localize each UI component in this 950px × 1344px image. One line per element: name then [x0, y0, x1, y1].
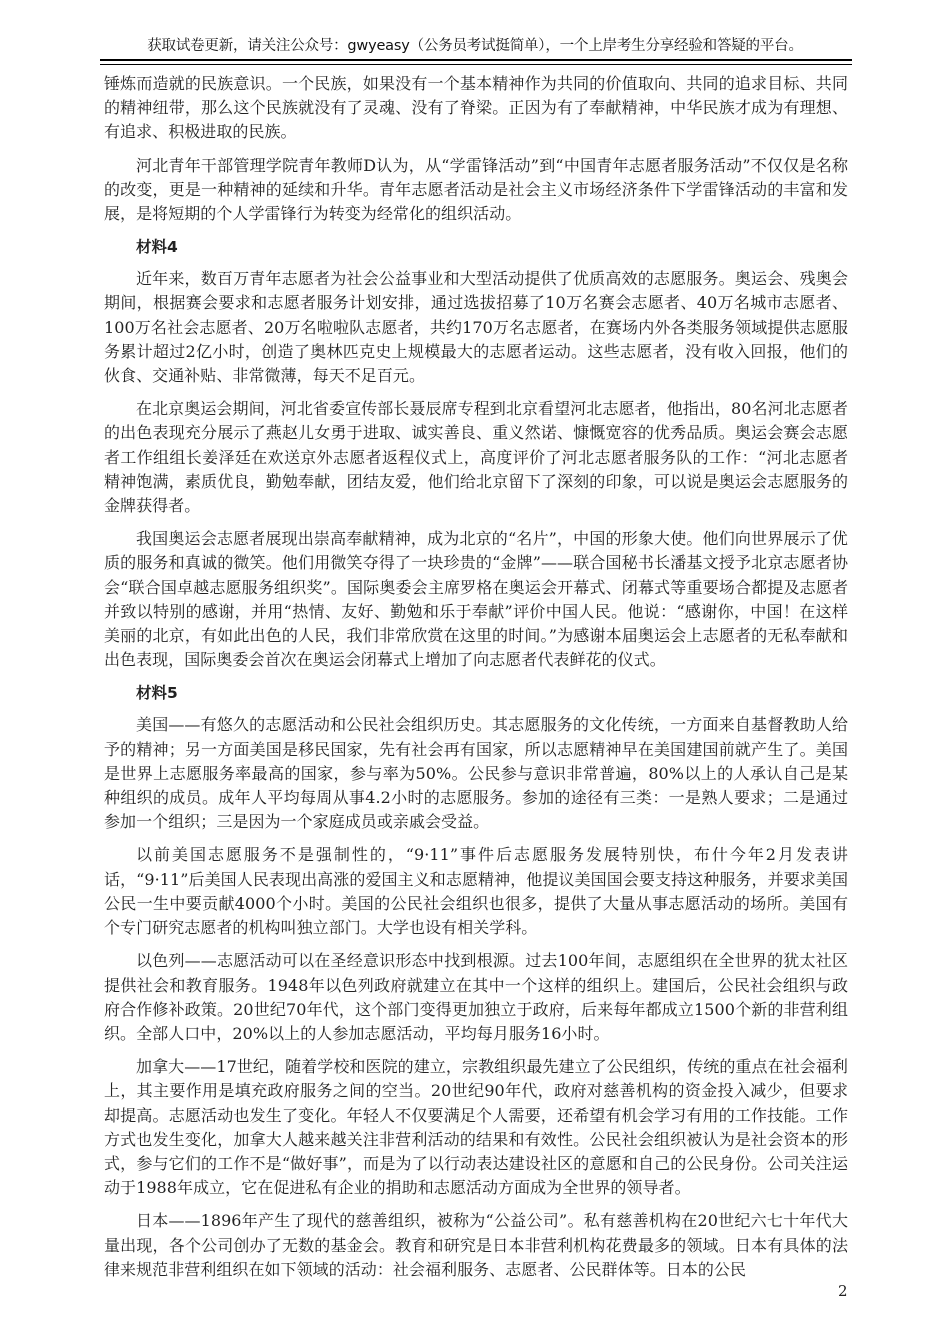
page-header: 获取试卷更新，请关注公众号：gwyeasy（公务员考试挺简单），一个上岸考生分享…: [100, 36, 850, 56]
paragraph: 我国奥运会志愿者展现出崇高奉献精神，成为北京的“名片”，中国的形象大使。他们向世…: [104, 527, 848, 672]
page-number: 2: [838, 1282, 848, 1300]
header-rule-thin: [100, 64, 852, 65]
paragraph-usa: 美国——有悠久的志愿活动和公民社会组织历史。其志愿服务的文化传统，一方面来自基督…: [104, 713, 848, 834]
section-title-material-5: 材料5: [104, 681, 848, 705]
section-title-material-4: 材料4: [104, 235, 848, 259]
paragraph: 在北京奥运会期间，河北省委宣传部长聂辰席专程到北京看望河北志愿者，他指出，80名…: [104, 397, 848, 518]
paragraph-israel: 以色列——志愿活动可以在圣经意识形态中找到根源。过去100年间，志愿组织在全世界…: [104, 949, 848, 1046]
paragraph: 近年来，数百万青年志愿者为社会公益事业和大型活动提供了优质高效的志愿服务。奥运会…: [104, 267, 848, 388]
paragraph-japan: 日本——1896年产生了现代的慈善组织，被称为“公益公司”。私有慈善机构在20世…: [104, 1209, 848, 1282]
paragraph-canada: 加拿大——17世纪，随着学校和医院的建立，宗教组织最先建立了公民组织，传统的重点…: [104, 1055, 848, 1200]
header-rule-thick: [100, 59, 852, 61]
paragraph-continued: 锤炼而造就的民族意识。一个民族，如果没有一个基本精神作为共同的价值取向、共同的追…: [104, 72, 848, 145]
paragraph: 河北青年干部管理学院青年教师D认为，从“学雷锋活动”到“中国青年志愿者服务活动”…: [104, 154, 848, 227]
paragraph-usa-911: 以前美国志愿服务不是强制性的，“9·11”事件后志愿服务发展特别快，布什今年2月…: [104, 843, 848, 940]
document-body: 锤炼而造就的民族意识。一个民族，如果没有一个基本精神作为共同的价值取向、共同的追…: [104, 72, 848, 1291]
document-page: 获取试卷更新，请关注公众号：gwyeasy（公务员考试挺简单），一个上岸考生分享…: [0, 0, 950, 1344]
